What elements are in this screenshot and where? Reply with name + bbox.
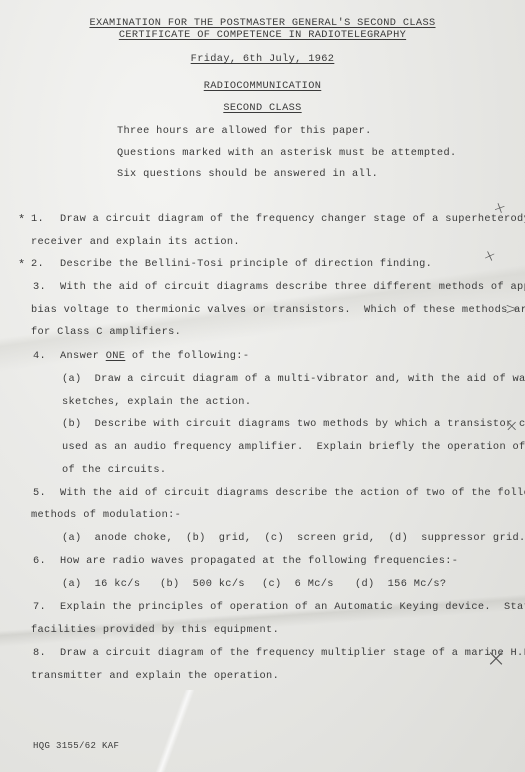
question-text: transmitter and explain the operation.	[31, 670, 279, 682]
document-reference: HQG 3155/62 KAF	[33, 740, 119, 752]
question-number: 2.	[31, 258, 44, 270]
pencil-chevron-mark-icon: >	[505, 301, 518, 317]
question-text: bias voltage to thermionic valves or tra…	[31, 304, 525, 316]
question-text: With the aid of circuit diagrams describ…	[60, 281, 525, 293]
intro-emphasis: ONE	[106, 350, 126, 362]
question-number: 7.	[33, 601, 46, 613]
question-text: Explain the principles of operation of a…	[60, 601, 525, 613]
exam-class: SECOND CLASS	[0, 102, 525, 114]
question-text: (b) Describe with circuit diagrams two m…	[62, 418, 525, 430]
question-number: 1.	[31, 213, 44, 225]
question-text: facilities provided by this equipment.	[31, 624, 279, 636]
question-text: (a) Draw a circuit diagram of a multi-vi…	[62, 373, 525, 385]
question-intro: Answer ONE of the following:-	[60, 350, 249, 362]
question-text: receiver and explain its action.	[31, 236, 240, 248]
question-text: How are radio waves propagated at the fo…	[60, 555, 458, 567]
asterisk-marker: *	[18, 213, 25, 227]
question-number: 3.	[33, 281, 46, 293]
question-options: (a) anode choke, (b) grid, (c) screen gr…	[62, 532, 525, 544]
question-text: Describe the Bellini-Tosi principle of d…	[60, 258, 432, 270]
exam-title-line2: CERTIFICATE OF COMPETENCE IN RADIOTELEGR…	[0, 29, 525, 41]
frequency-option-a: (a) 16 kc/s	[62, 578, 140, 590]
exam-subject: RADIOCOMMUNICATION	[0, 80, 525, 92]
question-text: sketches, explain the action.	[62, 396, 251, 408]
question-text: for Class C amplifiers.	[31, 326, 181, 338]
frequency-option-c: (c) 6 Mc/s	[262, 578, 334, 590]
pencil-cross-mark-icon: ×	[505, 418, 518, 434]
exam-date: Friday, 6th July, 1962	[0, 53, 525, 65]
question-number: 8.	[33, 647, 46, 659]
instruction-asterisk: Questions marked with an asterisk must b…	[117, 147, 457, 159]
instruction-time: Three hours are allowed for this paper.	[117, 125, 372, 137]
question-text: used as an audio frequency amplifier. Ex…	[62, 441, 525, 453]
question-text: methods of modulation:-	[31, 509, 181, 521]
question-number: 5.	[33, 487, 46, 499]
frequency-option-d: (d) 156 Mc/s?	[355, 578, 446, 590]
asterisk-marker: *	[18, 258, 25, 272]
exam-title-line1: EXAMINATION FOR THE POSTMASTER GENERAL'S…	[0, 17, 525, 29]
question-number: 6.	[33, 555, 46, 567]
pencil-cross-mark-icon: ×	[486, 650, 506, 666]
instruction-count: Six questions should be answered in all.	[117, 168, 378, 180]
question-text: Draw a circuit diagram of the frequency …	[60, 647, 525, 659]
question-text: Draw a circuit diagram of the frequency …	[60, 213, 525, 225]
frequency-option-b: (b) 500 kc/s	[160, 578, 245, 590]
question-text: With the aid of circuit diagrams describ…	[60, 487, 525, 499]
question-text: of the circuits.	[62, 464, 166, 476]
intro-prefix: Answer	[60, 350, 106, 362]
question-number: 4.	[33, 350, 46, 362]
paper-crease	[140, 690, 210, 772]
intro-suffix: of the following:-	[125, 350, 249, 362]
